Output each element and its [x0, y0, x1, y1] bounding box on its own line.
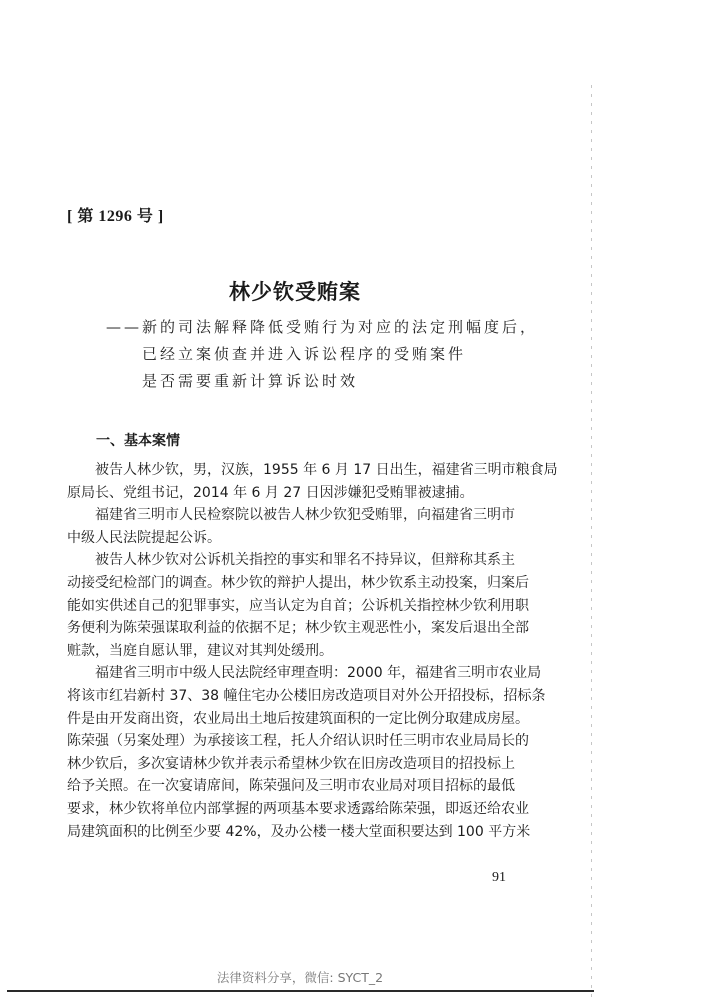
body-line: 动接受纪检部门的调查。林少钦的辩护人提出，林少钦系主动投案，归案后 — [67, 572, 515, 595]
body-line: 被告人林少钦，男，汉族，1955 年 6 月 17 日出生，福建省三明市粮食局 — [67, 459, 515, 482]
body-line: 被告人林少钦对公诉机关指控的事实和罪名不持异议，但辩称其系主 — [67, 549, 515, 572]
case-number: [ 第 1296 号 ] — [67, 203, 164, 226]
body-line: 福建省三明市人民检察院以被告人林少钦犯受贿罪，向福建省三明市 — [67, 504, 515, 527]
body-line: 原局长、党组书记，2014 年 6 月 27 日因涉嫌犯受贿罪被逮捕。 — [67, 482, 515, 505]
document-subtitle: ——新的司法解释降低受贿行为对应的法定刑幅度后， 已经立案侦查并进入诉讼程序的受… — [106, 314, 538, 395]
scanned-book-page: [ 第 1296 号 ] 林少钦受贿案 ——新的司法解释降低受贿行为对应的法定刑… — [0, 0, 722, 999]
body-line: 局建筑面积的比例至少要 42%，及办公楼一楼大堂面积要达到 100 平方米 — [67, 821, 515, 844]
body-line: 赃款，当庭自愿认罪，建议对其判处缓刑。 — [67, 640, 515, 663]
subtitle-line: 已经立案侦查并进入诉讼程序的受贿案件 — [106, 341, 538, 368]
body-line: 能如实供述自己的犯罪事实，应当认定为自首；公诉机关指控林少钦利用职 — [67, 595, 515, 618]
watermark-text: 法律资料分享，微信: SYCT_2 — [0, 968, 600, 986]
body-line: 福建省三明市中级人民法院经审理查明：2000 年，福建省三明市农业局 — [67, 662, 515, 685]
bottom-divider — [7, 990, 594, 992]
body-text: 被告人林少钦，男，汉族，1955 年 6 月 17 日出生，福建省三明市粮食局 … — [67, 459, 515, 843]
body-line: 陈荣强（另案处理）为承接该工程，托人介绍认识时任三明市农业局局长的 — [67, 730, 515, 753]
body-line: 务便利为陈荣强谋取利益的依据不足；林少钦主观恶性小，案发后退出全部 — [67, 617, 515, 640]
scan-edge-line — [591, 85, 592, 999]
page-number: 91 — [492, 870, 506, 886]
body-line: 林少钦后，多次宴请林少钦并表示希望林少钦在旧房改造项目的招投标上 — [67, 753, 515, 776]
body-line: 件是由开发商出资，农业局出土地后按建筑面积的一定比例分取建成房屋。 — [67, 708, 515, 731]
subtitle-line: 是否需要重新计算诉讼时效 — [106, 368, 538, 395]
subtitle-line: ——新的司法解释降低受贿行为对应的法定刑幅度后， — [106, 314, 538, 341]
body-line: 将该市红岩新村 37、38 幢住宅办公楼旧房改造项目对外公开招投标，招标条 — [67, 685, 515, 708]
body-line: 中级人民法院提起公诉。 — [67, 527, 515, 550]
section-heading: 一、基本案情 — [96, 430, 180, 450]
body-line: 要求，林少钦将单位内部掌握的两项基本要求透露给陈荣强，即返还给农业 — [67, 798, 515, 821]
document-title: 林少钦受贿案 — [0, 276, 590, 306]
body-line: 给予关照。在一次宴请席间，陈荣强问及三明市农业局对项目招标的最低 — [67, 775, 515, 798]
